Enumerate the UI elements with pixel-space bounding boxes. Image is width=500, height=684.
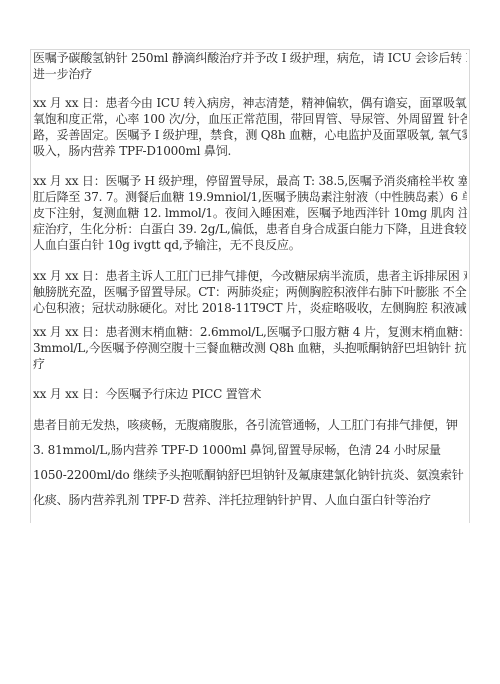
text-line: 触膀胱充盈，医嘱予留置导尿。CT：两肺炎症；两侧胸腔积液伴右肺下叶膨胀 不全；	[33, 284, 467, 300]
text-line: 患者目前无发热，咳痰畅，无腹痛腹胀，各引流管通畅，人工肛门有排气排便，钾	[33, 413, 467, 438]
text-line: xx 月 xx 日：医嘱予 H 级护理，停留置导尿，最高 T: 38.5,医嘱予…	[33, 173, 467, 189]
text-line: xx 月 xx 日：患者测末梢血糖：2.6mmol/L,医嘱予口服方糖 4 片，…	[33, 324, 467, 340]
text-line: 症治疗，生化分析：白蛋白 39. 2g/L,偏低，患者自身合成蛋白能力下降，且进…	[33, 221, 467, 237]
text-line: 1050-2200ml/do 继续予头抱哌酮钠舒巴坦钠针及氟康建氯化钠针抗炎、氨…	[33, 463, 467, 488]
text-line: 路，妥善固定。医嘱予 I 级护理，禁食，测 Q8h 血糖，心电监护及面罩吸氧, …	[33, 127, 467, 143]
text-line: xx 月 xx 日：患者今由 ICU 转入病房，神志清楚，精神偏软，偶有谵妄，面…	[33, 95, 467, 111]
paragraph-picc: xx 月 xx 日：今医嘱予行床边 PICC 置管术	[33, 386, 467, 402]
paragraph-nursing-glucose: xx 月 xx 日：医嘱予 H 级护理，停留置导尿，最高 T: 38.5,医嘱予…	[33, 173, 467, 253]
text-line: 皮下注射，复测血糖 12. lmmol/1。夜间入睡困难，医嘱予地西泮针 10m…	[33, 205, 467, 221]
paragraph-current-status: 患者目前无发热，咳痰畅，无腹痛腹胀，各引流管通畅，人工肛门有排气排便，钾 3. …	[33, 413, 467, 513]
paragraph-icu-transfer-order: 医嘱予碳酸氢钠针 250ml 静滴纠酸治疗并予改 I 级护理，病危，请 ICU …	[33, 50, 467, 82]
text-line: 肛后降至 37. 7。测餐后血糖 19.9mniol/1,医嘱予胰岛素注射液（中…	[33, 189, 467, 205]
document-frame: 医嘱予碳酸氢钠针 250ml 静滴纠酸治疗并予改 I 级护理，病危，请 ICU …	[30, 49, 470, 523]
text-line: 3mmol/L,今医嘱予停测空腹十三餐血糖改测 Q8h 血糖，头抱哌酮钠舒巴坦钠…	[33, 340, 467, 356]
text-line: 医嘱予碳酸氢钠针 250ml 静滴纠酸治疗并予改 I 级护理，病危，请 ICU …	[33, 50, 467, 66]
text-line: 氧饱和度正常，心率 100 次/分，血压正常范围，带回胃管、导尿管、外周留置 针…	[33, 111, 467, 127]
text-line: xx 月 xx 日：患者主诉人工肛门已排气排便，今改糖尿病半流质，患者主诉排尿困…	[33, 268, 467, 284]
text-line: 化痰、肠内营养乳剂 TPF-D 营养、泮托拉理钠针护胃、人血白蛋白针等治疗	[33, 488, 467, 513]
text-line: 人血白蛋白针 10g ivgtt qd,予输注，无不良反应。	[33, 237, 467, 253]
paragraph-hypoglycemia: xx 月 xx 日：患者测末梢血糖：2.6mmol/L,医嘱予口服方糖 4 片，…	[33, 324, 467, 372]
text-line: xx 月 xx 日：今医嘱予行床边 PICC 置管术	[33, 386, 467, 402]
text-line: 进一步治疗	[33, 66, 467, 82]
text-line: 心包积液；冠状动脉硬化。对比 2018-11T9CT 片，炎症略吸收，左侧胸腔 …	[33, 300, 467, 316]
text-line: 3. 81mmol/L,肠内营养 TPF-D 1000ml 鼻饲,留置导尿畅，色…	[33, 438, 467, 463]
text-line: 疗	[33, 356, 467, 372]
paragraph-ct-findings: xx 月 xx 日：患者主诉人工肛门已排气排便，今改糖尿病半流质，患者主诉排尿困…	[33, 268, 467, 316]
text-line: 吸入，肠内营养 TPF-D1000ml 鼻饲.	[33, 143, 467, 159]
paragraph-ward-admission: xx 月 xx 日：患者今由 ICU 转入病房，神志清楚，精神偏软，偶有谵妄，面…	[33, 95, 467, 159]
